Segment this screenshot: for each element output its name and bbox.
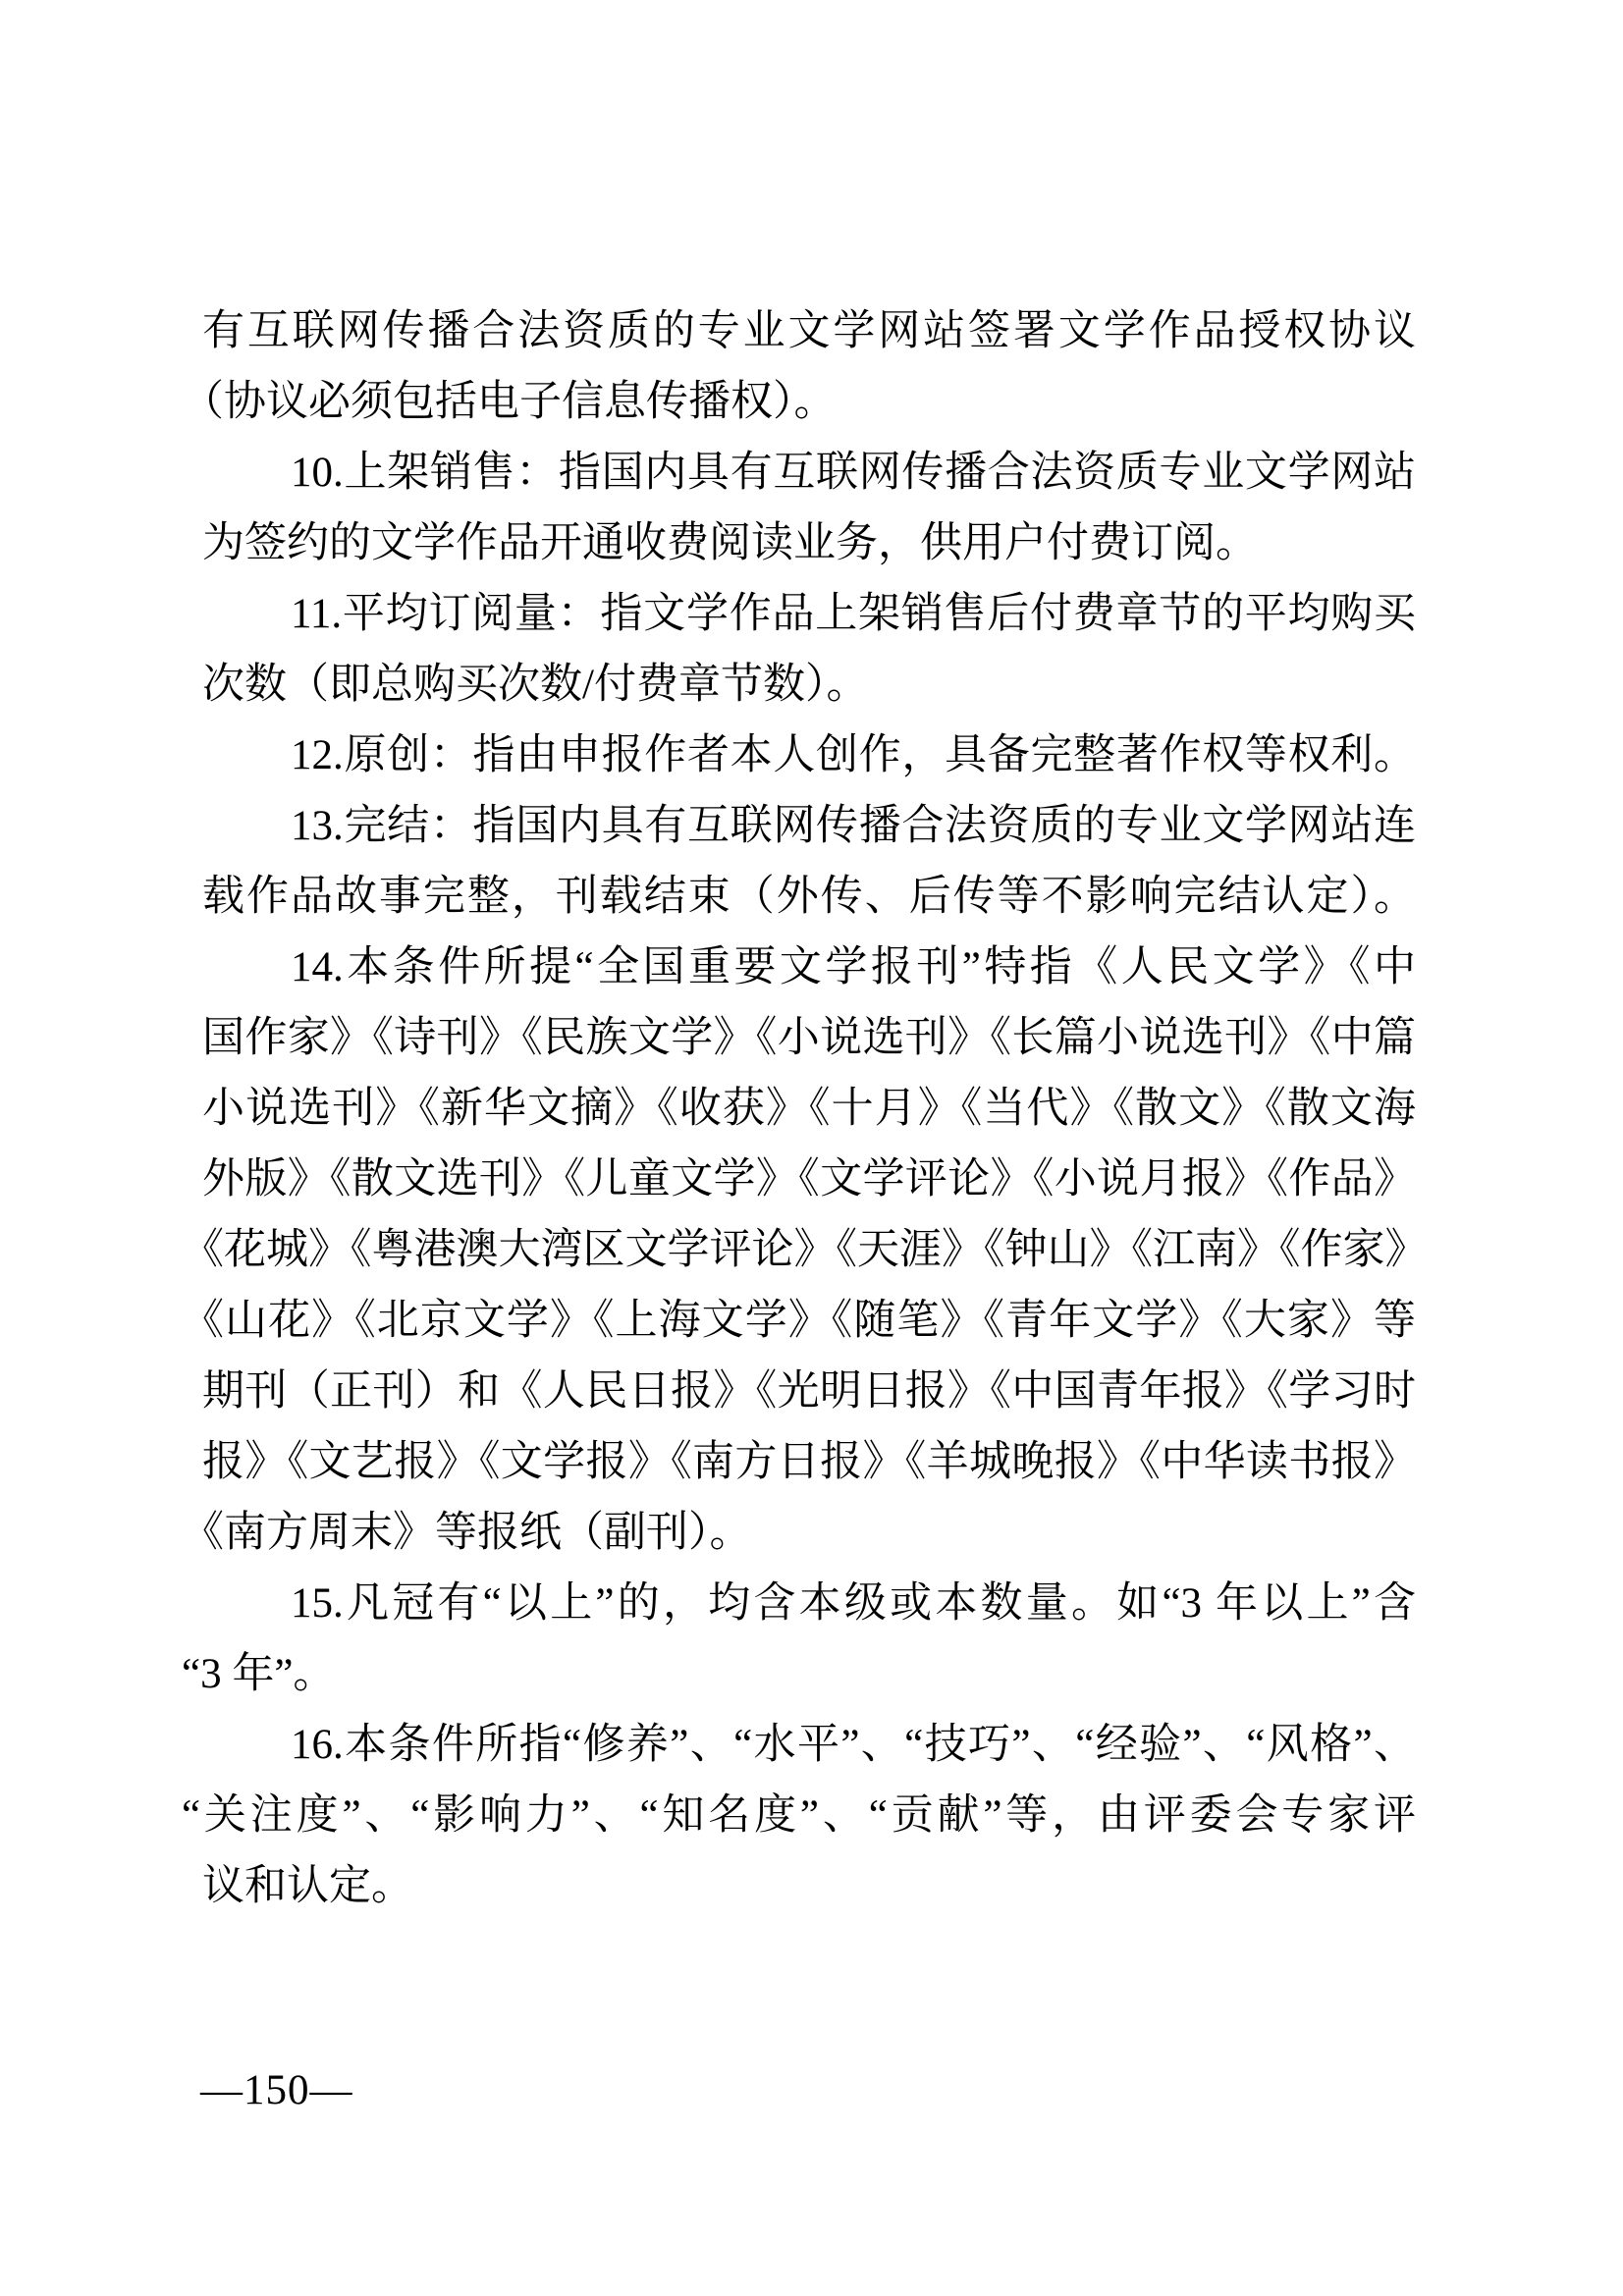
text-line: 14.本条件所提“全国重要文学报刊”特指《人民文学》《中 — [202, 933, 1416, 1003]
text-line: 15.凡冠有“以上”的，均含本级或本数量。如“3 年以上”含 — [202, 1569, 1416, 1639]
document-page: 有互联网传播合法资质的专业文学网站签署文学作品授权协议（协议必须包括电子信息传播… — [0, 0, 1623, 2296]
text-line: 报》《文艺报》《文学报》《南方日报》《羊城晚报》《中华读书报》 — [202, 1427, 1416, 1498]
text-line: 有互联网传播合法资质的专业文学网站签署文学作品授权协议 — [202, 296, 1416, 367]
text-line: 10.上架销售：指国内具有互联网传播合法资质专业文学网站 — [202, 438, 1416, 508]
document-body: 有互联网传播合法资质的专业文学网站签署文学作品授权协议（协议必须包括电子信息传播… — [202, 296, 1416, 1922]
text-line: 《花城》《粤港澳大湾区文学评论》《天涯》《钟山》《江南》《作家》 — [202, 1215, 1416, 1286]
text-line: 16.本条件所指“修养”、“水平”、“技巧”、“经验”、“风格”、 — [202, 1710, 1416, 1781]
text-line: 次数（即总购买次数/付费章节数）。 — [202, 650, 1416, 721]
text-line: 《南方周末》等报纸（副刊）。 — [202, 1498, 1416, 1569]
text-line: 13.完结：指国内具有互联网传播合法资质的专业文学网站连 — [202, 791, 1416, 862]
text-line: 载作品故事完整，刊载结束（外传、后传等不影响完结认定）。 — [202, 862, 1416, 933]
page-number: —150— — [200, 2059, 353, 2122]
text-line: （协议必须包括电子信息传播权）。 — [202, 367, 1416, 438]
text-line: 国作家》《诗刊》《民族文学》《小说选刊》《长篇小说选刊》《中篇 — [202, 1003, 1416, 1074]
text-line: 小说选刊》《新华文摘》《收获》《十月》《当代》《散文》《散文海 — [202, 1074, 1416, 1145]
text-line: 《山花》《北京文学》《上海文学》《随笔》《青年文学》《大家》等 — [202, 1286, 1416, 1357]
text-line: 议和认定。 — [202, 1851, 1416, 1922]
text-line: “3 年”。 — [202, 1639, 1416, 1710]
text-line: “关注度”、“影响力”、“知名度”、“贡献”等，由评委会专家评 — [202, 1781, 1416, 1851]
text-line: 为签约的文学作品开通收费阅读业务，供用户付费订阅。 — [202, 508, 1416, 579]
text-line: 12.原创：指由申报作者本人创作，具备完整著作权等权利。 — [202, 721, 1416, 791]
text-line: 外版》《散文选刊》《儿童文学》《文学评论》《小说月报》《作品》 — [202, 1145, 1416, 1215]
text-line: 11.平均订阅量：指文学作品上架销售后付费章节的平均购买 — [202, 579, 1416, 650]
text-line: 期刊（正刊）和《人民日报》《光明日报》《中国青年报》《学习时 — [202, 1357, 1416, 1427]
